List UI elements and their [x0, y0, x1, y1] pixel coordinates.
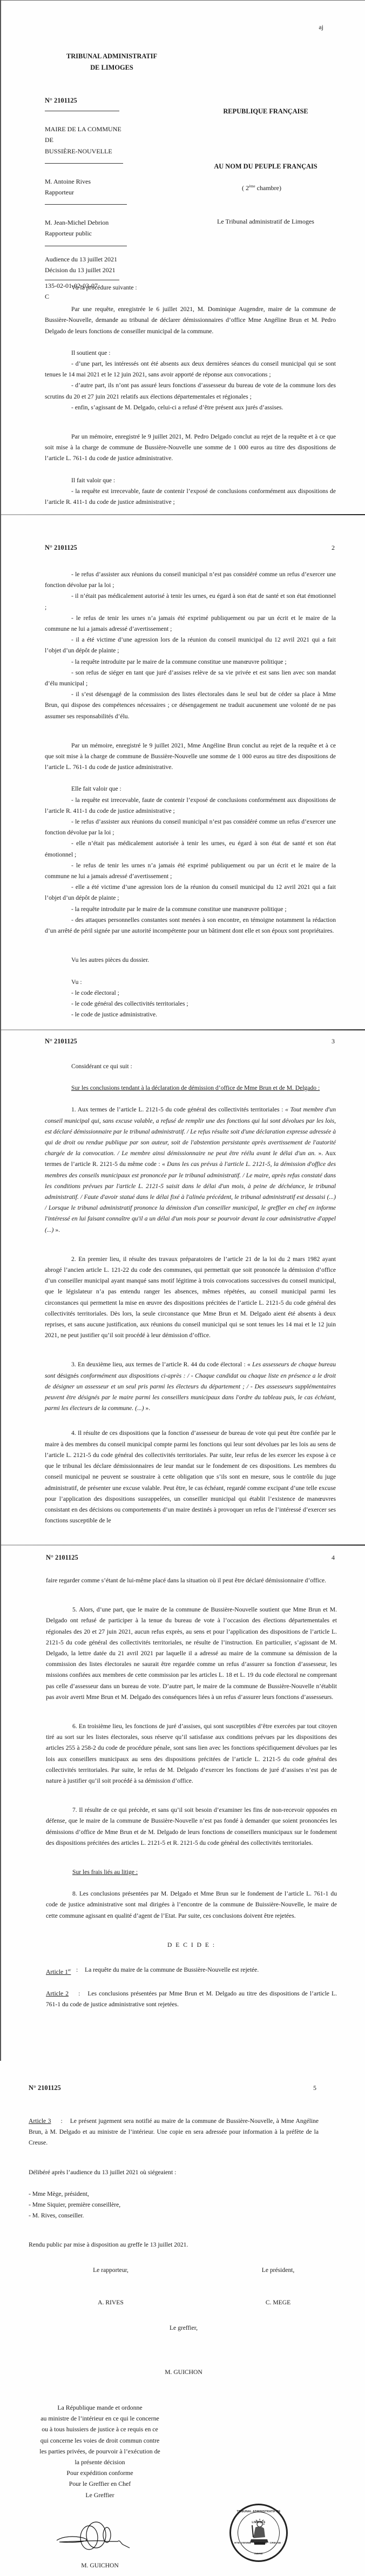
party-name: MAIRE DE LA COMMUNE DE BUSSIÈRE-NOUVELLE [45, 124, 131, 157]
rapporteur-public-name: M. Jean-Michel Debrion [45, 217, 131, 228]
delgado-argument: - la requête est irrecevable, faute de c… [45, 486, 336, 508]
para1-end: ». [53, 1226, 60, 1233]
article-1-label: Article 1er [46, 1965, 76, 1978]
soutient-item: - enfin, s’agissant de M. Delgado, celui… [45, 402, 336, 413]
article-1-sup: er [68, 1968, 71, 1972]
sig-rapporteur-title: Le rapporteur, [76, 2265, 146, 2276]
formule-line: au ministre de l’intérieur en ce qui le … [27, 2413, 173, 2424]
soutient-item: - d’autre part, ils n’ont pas assuré leu… [45, 380, 336, 402]
page-number: 5 [313, 2082, 316, 2093]
motifs-section: Considérant ce qui suit : Sur les conclu… [45, 1061, 336, 1526]
section-heading-demission: Sur les conclusions tendant à la déclara… [45, 1083, 336, 1094]
article-1-text: La requête du maire de la commune de Bus… [85, 1965, 337, 1978]
para3-quote-b: conformément aux dispositions ci-après :… [45, 1372, 336, 1412]
court-name-line1: TRIBUNAL ADMINISTRATIF [55, 51, 168, 62]
soutient-item: - d’une part, les intéressés ont été abs… [45, 359, 336, 380]
chambre: ( 2ème chambre) [242, 181, 281, 193]
party-line2: BUSSIÈRE-NOUVELLE [45, 146, 131, 157]
considerant: Considérant ce qui suit : [45, 1061, 336, 1072]
page-2: N° 2101125 2 - le refus d’assister aux r… [0, 515, 365, 1030]
sig-president-title: Le président, [243, 2265, 313, 2276]
rapporteur-name: M. Antoine Rives [45, 176, 131, 187]
page-1: aj TRIBUNAL ADMINISTRATIF DE LIMOGES N° … [0, 0, 365, 515]
colon: : [76, 1965, 85, 1978]
formule-line: Le Greffier [27, 2490, 173, 2500]
formule-line: Pour le Greffier en Chef [27, 2478, 173, 2489]
delgado-argument: - il n’était pas médicalement autorisé à… [45, 591, 336, 612]
para3-intro: 3. En deuxième lieu, aux termes de l’art… [71, 1361, 252, 1368]
dates-block: Audience du 13 juillet 2021 Décision du … [45, 254, 131, 275]
memoire-delgado: Par un mémoire, enregistré le 9 juillet … [45, 431, 336, 464]
sig-rapporteur-name: A. RIVES [76, 2297, 146, 2308]
section-heading-frais: Sur les frais liés au litige : [46, 1867, 337, 1878]
paragraph-2: 2. En premier lieu, il résulte des trava… [45, 1254, 336, 1341]
page-number: 2 [332, 542, 335, 553]
page-number: 3 [332, 1036, 335, 1047]
brun-argument: - elle n’était pas médicalement autorisé… [45, 838, 336, 860]
stamp-text-top: TRIBUNAL ADMINISTRATIF DE LIMOGES [231, 2506, 286, 2528]
judge: - Mme Mège, président, [29, 2189, 319, 2200]
chambre-label: chambre) [255, 184, 281, 192]
para1-quote-l2121-5: « Tout membre d'un conseil municipal qui… [45, 1106, 336, 1157]
formule-line: qui concerne les voies de droit commun c… [27, 2435, 173, 2446]
page-header-case-number: N° 2101125 [45, 542, 77, 553]
vu-code: - le code général des collectivités terr… [45, 999, 336, 1009]
colon: : [78, 1990, 80, 1997]
brun-argument: - des attaques personnelles constantes s… [45, 915, 336, 936]
delibere: Délibéré après l’audience du 13 juillet … [29, 2167, 319, 2178]
page-3: N° 2101125 3 Considérant ce qui suit : S… [0, 1030, 365, 1546]
vu-code: - le code électoral ; [45, 988, 336, 999]
elle-fait-valoir: Elle fait valoir que : [45, 784, 336, 794]
judge: - Mme Siquier, première conseillère, [29, 2200, 319, 2210]
vu-autres-pieces: Vu les autres pièces du dossier. [45, 955, 336, 966]
brun-argument: - elle a été victime d’une agression lor… [45, 882, 336, 903]
page-5: N° 2101125 5 Article 3:Le présent jugeme… [0, 2061, 365, 2576]
brun-argument: - le refus d’assister aux réunions du co… [45, 817, 336, 838]
para1-intro: 1. Aux termes de l’article L. 2121-5 du … [71, 1106, 285, 1113]
paragraph-5: 5. Alors, d’une part, que le maire de la… [46, 1604, 337, 1703]
expedition-signer-name: M. GUICHON [65, 2560, 135, 2571]
delgado-argument: - il a été victime d’une agression lors … [45, 635, 336, 656]
court-header: TRIBUNAL ADMINISTRATIF DE LIMOGES [55, 51, 168, 73]
paragraph-3: 3. En deuxième lieu, aux termes de l’art… [45, 1359, 336, 1414]
divider [45, 111, 119, 111]
page-top-edge [1, 0, 365, 1]
case-number: N° 2101125 [45, 95, 131, 106]
decide-heading: D E C I D E : [46, 1940, 337, 1951]
rapporteur-public-block: M. Jean-Michel Debrion Rapporteur public [45, 217, 131, 239]
divider [45, 163, 123, 164]
motifs-continued: faire regarder comme s’étant de lui-même… [46, 1575, 337, 2011]
brun-argument: - la requête est irrecevable, faute de c… [45, 795, 336, 817]
rapporteur-block: M. Antoine Rives Rapporteur [45, 176, 131, 198]
page-header-case-number: N° 2101125 [46, 1552, 78, 1563]
formule-line: La République mande et ordonne [27, 2402, 173, 2413]
il-fait-valoir: Il fait valoir que : [45, 475, 336, 486]
chambre-sup: ème [249, 184, 255, 188]
formule-line: les parties privées, de pourvoir à l’exé… [27, 2446, 173, 2457]
article-1: Article 1er : La requête du maire de la … [46, 1965, 337, 1978]
sig-greffier-title: Le greffier, [148, 2323, 219, 2334]
delgado-argument: - la requête introduite par le maire de … [45, 657, 336, 667]
court-name-line2: DE LIMOGES [55, 62, 168, 73]
paragraph-4: 4. Il résulte de ces dispositions que la… [45, 1428, 336, 1526]
formule-executoire: La République mande et ordonne au minist… [27, 2402, 173, 2500]
rapporteur-role: Rapporteur [45, 187, 131, 198]
paragraph-1: 1. Aux termes de l’article L. 2121-5 du … [45, 1104, 336, 1235]
vu-procedure: Vu la procédure suivante : [45, 282, 336, 293]
brun-argument: - la requête introduite par le maire de … [45, 904, 336, 915]
article-3-label: Article 3 [29, 2118, 51, 2125]
il-soutient: Il soutient que : [45, 348, 336, 359]
paragraph-7: 7. Il résulte de ce qui précède, et sans… [46, 1805, 337, 1849]
article-1-label-text: Article 1 [46, 1968, 68, 1975]
section-heading-part1: Sur les conclusions tendant à la déclara… [71, 1084, 285, 1091]
procedure-section: Vu la procédure suivante : Par une requê… [45, 282, 336, 508]
party-line1: MAIRE DE LA COMMUNE DE [45, 124, 131, 145]
rapporteur-public-role: Rapporteur public [45, 228, 131, 239]
page-header-case-number: N° 2101125 [45, 1036, 77, 1047]
formule-line: la présente décision [27, 2457, 173, 2467]
audience-date: Audience du 13 juillet 2021 [45, 254, 131, 265]
dispositif-end: Article 3:Le présent jugement sera notif… [29, 2116, 319, 2251]
republique-francaise: REPUBLIQUE FRANÇAISE [206, 106, 325, 117]
decision-date: Décision du 13 juillet 2021 [45, 265, 131, 275]
divider [45, 246, 127, 246]
vu-label: Vu : [45, 977, 336, 988]
page-header-case-number: N° 2101125 [29, 2082, 61, 2093]
stamp-text-bottom: HTE-VIENNE · CORREZE · CREUSE · INDRE [231, 2538, 286, 2559]
page-4: N° 2101125 4 faire regarder comme s’étan… [0, 1546, 365, 2061]
au-nom-du-peuple: AU NOM DU PEUPLE FRANÇAIS [204, 161, 328, 172]
delgado-argument: - le refus de tenir les urnes n’a jamais… [45, 613, 336, 635]
para1-quote-r2121-5: Dans les cas prévus à l'article L. 2121-… [45, 1161, 336, 1233]
paragraph-4-continued: faire regarder comme s’étant de lui-même… [46, 1575, 337, 1586]
chambre-number: ( 2 [242, 184, 249, 192]
article-2-label: Article 2 [46, 1990, 69, 1997]
delgado-argument: - il s’est désengagé de la commission de… [45, 689, 336, 722]
rendu-public: Rendu public par mise à disposition au g… [29, 2240, 319, 2250]
corner-mark: aj [319, 22, 323, 32]
article-3-text: Le présent jugement sera notifié au mair… [29, 2118, 319, 2146]
formule-line: ou à tous huissiers de justice à ce requ… [27, 2424, 173, 2435]
page-number: 4 [332, 1552, 335, 1563]
section-heading-part2: M. Delgado : [287, 1084, 320, 1091]
colon: : [60, 2118, 62, 2125]
memoire-brun: Par un mémoire, enregistré le 9 juillet … [45, 740, 336, 773]
tribunal-name: Le Tribunal administratif de Limoges [204, 216, 328, 227]
judge: - M. Rives, conseiller. [29, 2210, 319, 2221]
handwritten-signature-icon [54, 2519, 146, 2557]
paragraph-8: 8. Les conclusions présentées par M. Del… [46, 1889, 337, 1921]
delgado-arguments: - le refus d’assister aux réunions du co… [45, 569, 336, 1030]
paragraph-6: 6. En troisième lieu, les fonctions de j… [46, 1721, 337, 1786]
article-2: Article 2:Les conclusions présentées par… [46, 1988, 337, 2010]
case-sidebar: N° 2101125 MAIRE DE LA COMMUNE DE BUSSIÈ… [45, 95, 131, 302]
formule-line: Pour expédition conforme [27, 2467, 173, 2478]
article-3: Article 3:Le présent jugement sera notif… [29, 2116, 319, 2149]
para3-end: ». [144, 1405, 151, 1412]
article-2-text: Les conclusions présentées par Mme Brun … [46, 1990, 337, 2008]
delgado-argument: - son refus de siéger en tant que juré d… [45, 667, 336, 689]
court-seal-stamp-icon: TRIBUNAL ADMINISTRATIF DE LIMOGES HTE-VI… [229, 2504, 288, 2562]
divider [45, 204, 127, 205]
vu-code: - le code de justice administrative. [45, 1009, 336, 1020]
requete-paragraph: Par une requête, enregistrée le 6 juille… [45, 304, 336, 337]
delgado-argument: - le refus d’assister aux réunions du co… [45, 569, 336, 591]
sig-greffier-name: M. GUICHON [148, 2367, 219, 2378]
sig-president-name: C. MEGE [243, 2297, 313, 2308]
brun-argument: - le refus de tenir les urnes n’a jamais… [45, 860, 336, 882]
para3-word: désignés [57, 1372, 79, 1379]
